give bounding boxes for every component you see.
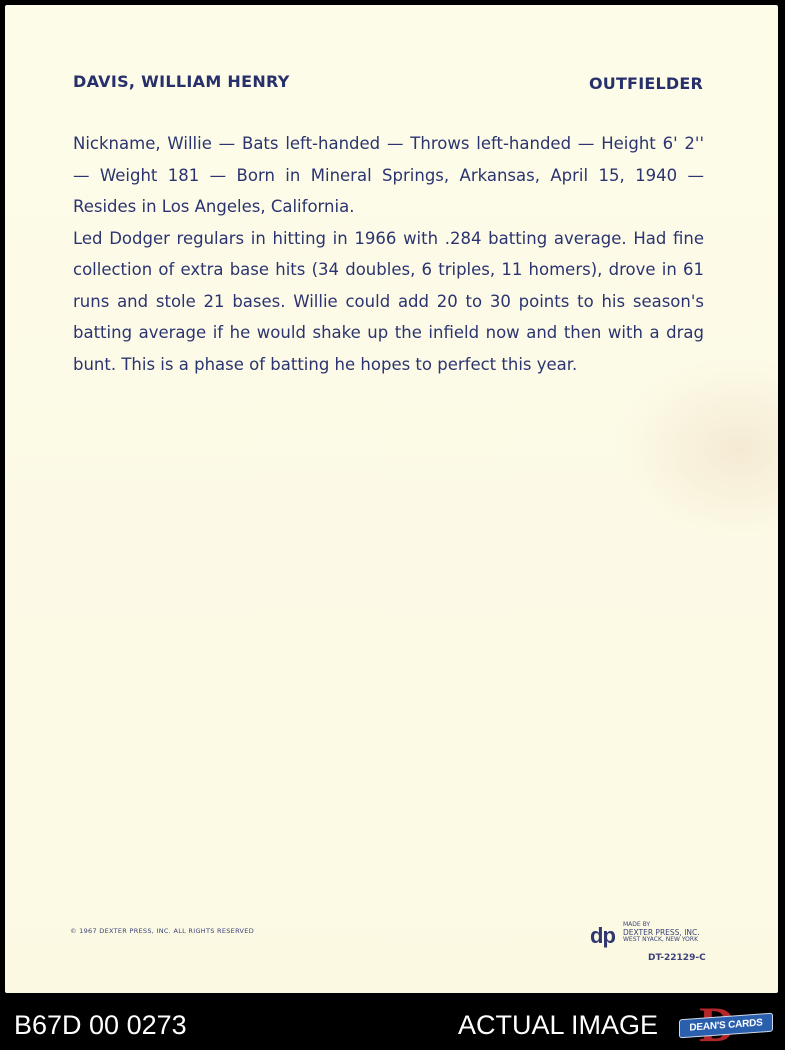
- player-name: DAVIS, WILLIAM HENRY: [73, 72, 290, 91]
- dexter-press-logo-icon: dp: [590, 923, 615, 949]
- deans-banner: DEAN'S CARDS: [679, 1013, 773, 1039]
- publisher-name: DEXTER PRESS, INC.: [623, 929, 743, 937]
- deans-cards-logo: D DEAN'S CARDS: [679, 1003, 773, 1047]
- publisher-info: MADE BY DEXTER PRESS, INC. WEST NYACK, N…: [623, 921, 743, 944]
- player-bio: Nickname, Willie — Bats left-handed — Th…: [73, 128, 704, 380]
- card-code: DT-22129-C: [648, 953, 706, 963]
- bio-vitals: Nickname, Willie — Bats left-handed — Th…: [73, 128, 704, 223]
- bio-summary: Led Dodger regulars in hitting in 1966 w…: [73, 223, 704, 381]
- postcard-back: DAVIS, WILLIAM HENRY OUTFIELDER Nickname…: [5, 5, 778, 993]
- publisher-location: WEST NYACK, NEW YORK: [623, 936, 743, 944]
- copyright-notice: © 1967 DEXTER PRESS, INC. ALL RIGHTS RES…: [70, 927, 254, 935]
- item-id: B67D 00 0273: [14, 1010, 187, 1041]
- player-position: OUTFIELDER: [589, 74, 703, 93]
- actual-image-label: ACTUAL IMAGE: [458, 1010, 658, 1041]
